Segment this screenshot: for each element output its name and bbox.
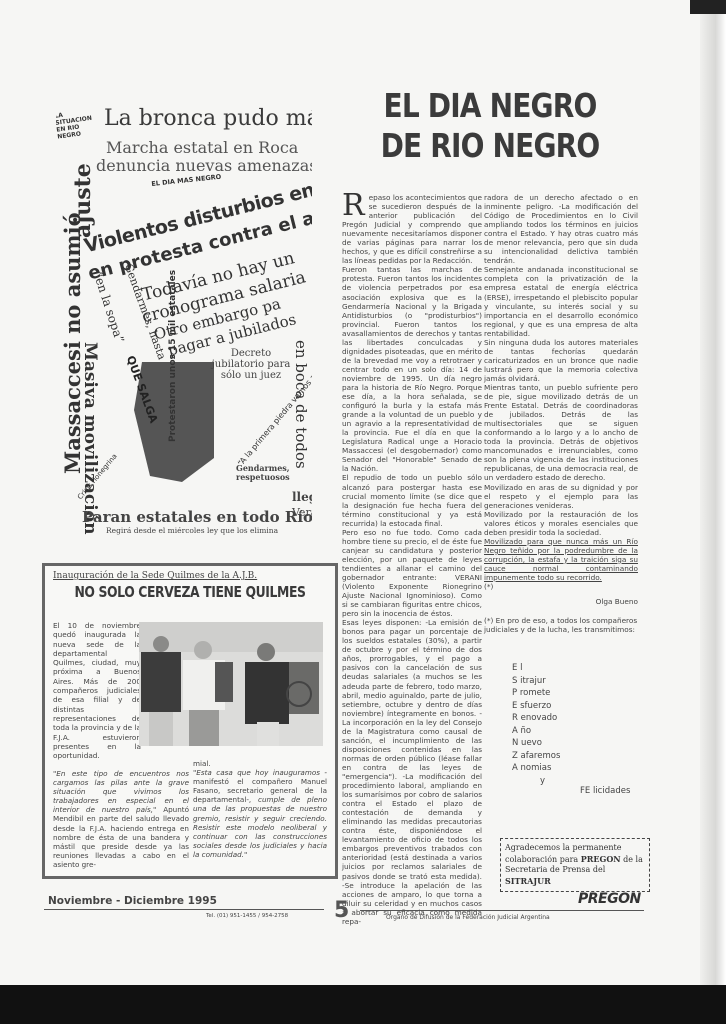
article-paragraph: Movilizado en aras de su dignidad y por … bbox=[484, 483, 638, 510]
quilmes-intro: El 10 de noviembre quedó inaugurada la n… bbox=[53, 621, 141, 760]
quilmes-col-right: mial. "Esta casa que hoy inauguramos - m… bbox=[193, 759, 327, 859]
footnote-mark: (*) bbox=[484, 582, 638, 591]
drop-cap: R bbox=[342, 193, 365, 219]
article-paragraph: Fueron tantas las marchas de protesta. F… bbox=[342, 265, 482, 473]
acrostic-felicidades: FE licidades bbox=[580, 786, 630, 796]
article-paragraph: Pero eso no fue todo. Como cada hombre t… bbox=[342, 528, 482, 618]
footer-rule-right bbox=[360, 910, 644, 911]
acrostic-line: S itrajur bbox=[512, 675, 560, 688]
acrostic-line: R enovado bbox=[512, 712, 560, 725]
group-photo-icon bbox=[139, 622, 323, 746]
acrostic-line: P romete bbox=[512, 687, 560, 700]
quilmes-subtitle: Inauguración de la Sede Quilmes de la A.… bbox=[53, 571, 257, 581]
article-paragraph: Sin ninguna duda los autores materiales … bbox=[484, 338, 638, 383]
article-paragraph: radora de un derecho afectado o en inmin… bbox=[484, 193, 638, 265]
headline-collage: LA SITUACION EN RIO NEGRO La bronca pudo… bbox=[56, 104, 312, 540]
collage-boca: en boca de todos bbox=[292, 340, 310, 469]
acrostic-y: y bbox=[512, 775, 560, 788]
scan-border bbox=[690, 0, 726, 14]
acrostic-line: E l bbox=[512, 662, 560, 675]
quilmes-col-right-start: mial. bbox=[193, 759, 327, 768]
acrostic-line: Z afaremos bbox=[512, 750, 560, 763]
quilmes-photo bbox=[139, 622, 323, 746]
article-author: Olga Bueno bbox=[484, 597, 638, 606]
acrostic-line: N uevo bbox=[512, 737, 560, 750]
thanks-box: Agradecemos la permanente colaboración p… bbox=[500, 838, 650, 892]
collage-headline-sub1: Marcha estatal en Roca bbox=[106, 138, 298, 157]
article-paragraph: Mientras tanto, un pueblo sufriente pero… bbox=[484, 383, 638, 483]
article-column-1: Repaso los acontecimientos que se sucedi… bbox=[342, 193, 482, 926]
collage-decreto: Decreto jubilatorio para sólo un juez bbox=[206, 348, 296, 381]
footer-date: Noviembre - Diciembre 1995 bbox=[48, 895, 217, 907]
acrostic-line: A ño bbox=[512, 725, 560, 738]
article-title: EL DIA NEGRO DE RIO NEGRO bbox=[363, 86, 618, 166]
thanks-pregon: PREGON bbox=[581, 854, 621, 864]
quilmes-quote-2b: cumple de pleno una de las propuestas de… bbox=[193, 795, 327, 859]
article-paragraph: Semejante andanada inconstitucional se c… bbox=[484, 265, 638, 337]
article-paragraph: Movilizado por la restauración de los va… bbox=[484, 510, 638, 537]
quilmes-quote-1-attribution: Apuntó Mendibil en parte del saludo llev… bbox=[53, 805, 189, 869]
footer-telephone: Tel. (01) 951-1455 / 954-2758 bbox=[206, 913, 288, 919]
collage-headline-main: La bronca pudo más bbox=[104, 106, 312, 131]
footer-rule-left bbox=[44, 909, 324, 910]
page-number: 5 bbox=[334, 898, 349, 923]
quilmes-article-box: Inauguración de la Sede Quilmes de la A.… bbox=[42, 563, 338, 879]
article-paragraph: El repudio de todo un pueblo sólo alcanz… bbox=[342, 473, 482, 527]
collage-gendarmes-resp: Gendarmes, respetuosos bbox=[236, 464, 296, 482]
collage-headline-sub2: denuncia nuevas amenazas bbox=[96, 156, 312, 175]
newspaper-page: LA SITUACION EN RIO NEGRO La bronca pudo… bbox=[0, 0, 708, 985]
article-paragraph: Esas leyes disponen: -La emisión de bono… bbox=[342, 618, 482, 926]
footer-organization: Organo de Difusión de la Federación Judi… bbox=[386, 914, 550, 921]
collage-en-la-sopa: “en la sopa” bbox=[91, 270, 127, 345]
article-column-2: radora de un derecho afectado o en inmin… bbox=[484, 193, 638, 634]
collage-masiva: Masiva movilización bbox=[80, 342, 100, 534]
article-underlined-paragraph: Movilizado para que nunca más un Río Neg… bbox=[484, 537, 638, 582]
collage-protestaron: Protestaron unos 15 mil estatales bbox=[168, 270, 178, 442]
collage-regira: Regirá desde el miércoles ley que los el… bbox=[106, 526, 278, 535]
collage-paran: Paran estatales en todo Río Negro bbox=[82, 508, 312, 526]
thanks-sitrajur: SITRAJUR bbox=[505, 876, 551, 886]
acrostic-line: A nomias bbox=[512, 762, 560, 775]
collage-llega: llega bbox=[292, 490, 312, 504]
article-footnote: (*) En pro de eso, a todos los compañero… bbox=[484, 616, 638, 634]
acrostic-line: E sfuerzo bbox=[512, 700, 560, 713]
pregon-logo: PREGON bbox=[578, 891, 641, 907]
quilmes-col-left: "En este tipo de encuentros nos cargamos… bbox=[53, 769, 189, 869]
quilmes-quote-2a: "Esta casa que hoy inauguramos - bbox=[193, 768, 327, 777]
sitrajur-acrostic: E l S itrajur P romete E sfuerzo R enova… bbox=[512, 662, 560, 787]
page-curl-edge bbox=[700, 0, 726, 985]
quilmes-title: NO SOLO CERVEZA TIENE QUILMES bbox=[74, 583, 306, 601]
